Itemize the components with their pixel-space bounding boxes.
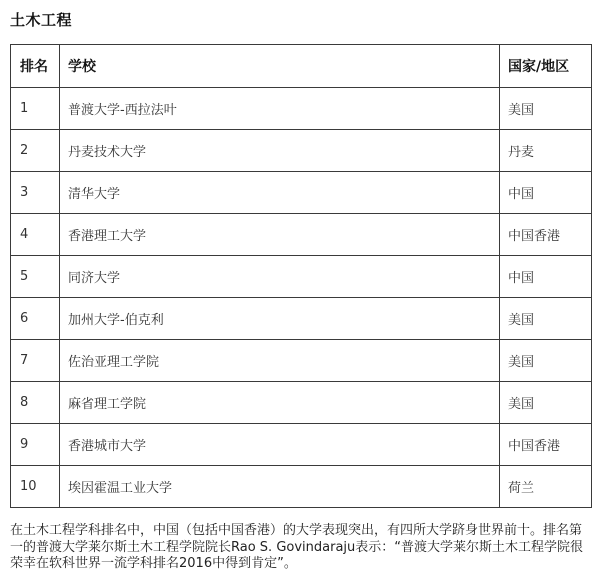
table-row: 9 香港城市大学 中国香港	[11, 424, 592, 466]
table-row: 8 麻省理工学院 美国	[11, 382, 592, 424]
cell-school: 埃因霍温工业大学	[60, 466, 500, 508]
header-rank: 排名	[11, 45, 60, 88]
cell-school: 香港城市大学	[60, 424, 500, 466]
cell-region: 美国	[500, 382, 592, 424]
table-row: 1 普渡大学-西拉法叶 美国	[11, 88, 592, 130]
cell-rank: 6	[11, 298, 60, 340]
table-row: 7 佐治亚理工学院 美国	[11, 340, 592, 382]
cell-school: 加州大学-伯克利	[60, 298, 500, 340]
header-school: 学校	[60, 45, 500, 88]
table-row: 10 埃因霍温工业大学 荷兰	[11, 466, 592, 508]
footnote-paragraph: 在土木工程学科排名中，中国（包括中国香港）的大学表现突出，有四所大学跻身世界前十…	[10, 523, 594, 573]
cell-region: 中国	[500, 172, 592, 214]
cell-rank: 1	[11, 88, 60, 130]
cell-region: 中国香港	[500, 424, 592, 466]
header-region: 国家/地区	[500, 45, 592, 88]
cell-region: 美国	[500, 340, 592, 382]
cell-region: 美国	[500, 88, 592, 130]
cell-school: 佐治亚理工学院	[60, 340, 500, 382]
cell-rank: 9	[11, 424, 60, 466]
cell-rank: 10	[11, 466, 60, 508]
cell-region: 荷兰	[500, 466, 592, 508]
table-header-row: 排名 学校 国家/地区	[11, 45, 592, 88]
section-title: 土木工程	[10, 9, 72, 30]
cell-rank: 3	[11, 172, 60, 214]
cell-region: 丹麦	[500, 130, 592, 172]
cell-school: 丹麦技术大学	[60, 130, 500, 172]
cell-rank: 2	[11, 130, 60, 172]
ranking-table: 排名 学校 国家/地区 1 普渡大学-西拉法叶 美国 2 丹麦技术大学 丹麦 3…	[10, 44, 592, 508]
cell-region: 中国香港	[500, 214, 592, 256]
cell-rank: 8	[11, 382, 60, 424]
cell-school: 普渡大学-西拉法叶	[60, 88, 500, 130]
table-row: 6 加州大学-伯克利 美国	[11, 298, 592, 340]
cell-school: 清华大学	[60, 172, 500, 214]
cell-school: 麻省理工学院	[60, 382, 500, 424]
table-row: 3 清华大学 中国	[11, 172, 592, 214]
cell-school: 同济大学	[60, 256, 500, 298]
cell-school: 香港理工大学	[60, 214, 500, 256]
table-row: 2 丹麦技术大学 丹麦	[11, 130, 592, 172]
cell-rank: 7	[11, 340, 60, 382]
table-row: 4 香港理工大学 中国香港	[11, 214, 592, 256]
cell-region: 美国	[500, 298, 592, 340]
table-row: 5 同济大学 中国	[11, 256, 592, 298]
cell-rank: 4	[11, 214, 60, 256]
cell-region: 中国	[500, 256, 592, 298]
cell-rank: 5	[11, 256, 60, 298]
